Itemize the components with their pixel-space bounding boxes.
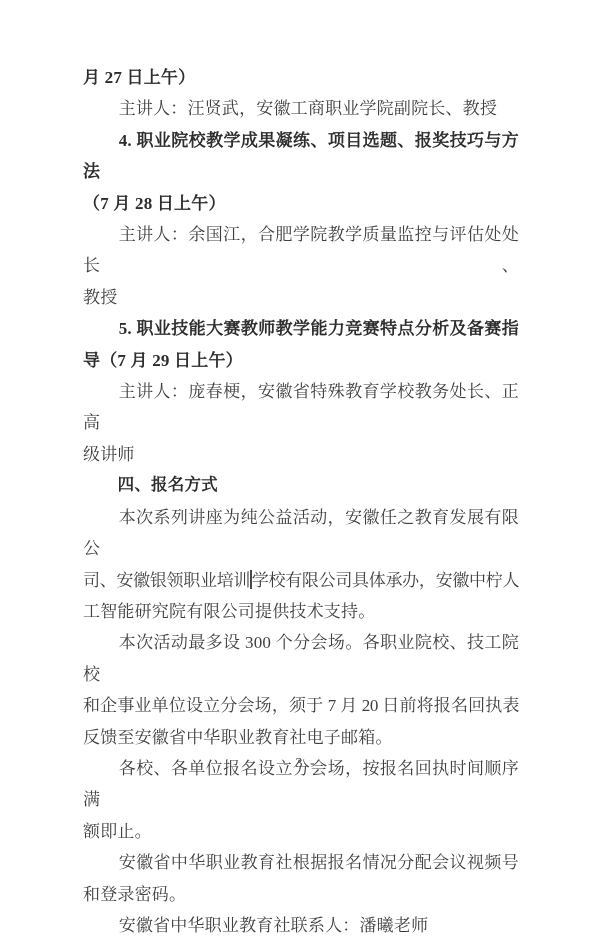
- paragraph-quota-line2: 额即止。: [83, 816, 519, 839]
- speaker-line-item4-continued: 教授: [83, 282, 519, 313]
- page-number: - 3 -: [0, 756, 600, 772]
- speaker-line-item5: 主讲人：庞春梗，安徽省特殊教育学校教务处长、正高: [83, 376, 519, 439]
- paragraph-organizers-line3: 工智能研究院有限公司提供技术支持。: [83, 596, 519, 627]
- heading-item5: 5. 职业技能大赛教师教学能力竞赛特点分析及备赛指: [83, 313, 519, 344]
- text-after-cursor: 学校有限公司具体承办，安徽中柠人: [252, 571, 519, 590]
- heading-item5-continued: 导（7 月 29 日上午）: [83, 345, 519, 376]
- heading-item3-time-continued: 月 27 日上午）: [83, 62, 519, 93]
- heading-item4: 4. 职业院校教学成果凝练、项目选题、报奖技巧与方法: [83, 125, 519, 188]
- document-body: 月 27 日上午） 主讲人：汪贤武，安徽工商职业学院副院长、教授 4. 职业院校…: [83, 62, 519, 839]
- paragraph-venues-line1: 本次活动最多设 300 个分会场。各职业院校、技工院校: [83, 627, 519, 690]
- paragraph-organizers-line2-with-cursor: 司、安徽银领职业培训学校有限公司具体承办，安徽中柠人: [83, 565, 519, 596]
- paragraph-organizers-line1: 本次系列讲座为纯公益活动，安徽任之教育发展有限公: [83, 502, 519, 565]
- heading-item4-time: （7 月 28 日上午）: [83, 188, 519, 219]
- paragraph-venues-line3: 反馈至安徽省中华职业教育社电子邮箱。: [83, 722, 519, 753]
- document-page[interactable]: 月 27 日上午） 主讲人：汪贤武，安徽工商职业学院副院长、教授 4. 职业院校…: [0, 0, 600, 839]
- speaker-line-item3: 主讲人：汪贤武，安徽工商职业学院副院长、教授: [83, 93, 519, 124]
- speaker-line-item4: 主讲人：余国江，合肥学院教学质量监控与评估处处长、: [83, 219, 519, 282]
- speaker-line-item5-continued: 级讲师: [83, 439, 519, 470]
- text-before-cursor: 司、安徽银领职业培训: [83, 571, 250, 590]
- section-heading-registration: 四、报名方式: [83, 470, 519, 501]
- paragraph-venues-line2: 和企事业单位设立分会场，须于 7 月 20 日前将报名回执表: [83, 690, 519, 721]
